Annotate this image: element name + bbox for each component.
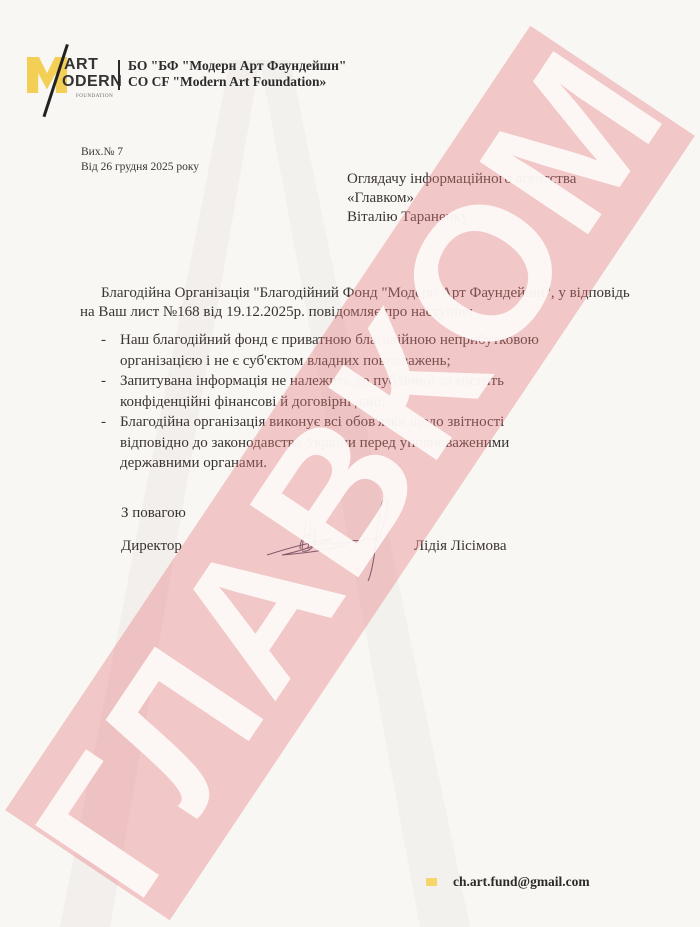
org-name-uk: БО "БФ "Модерн Арт Фаундейшн"	[128, 58, 346, 74]
statement-list: -Наш благодійний фонд є приватною благод…	[80, 330, 640, 474]
footer-contact: ch.art.fund@gmail.com	[426, 874, 590, 890]
letterhead-divider	[118, 60, 120, 90]
envelope-icon	[426, 878, 437, 886]
signer-position: Директор	[121, 538, 182, 555]
list-item: -Запитувана інформація не належить до пу…	[80, 371, 560, 412]
organization-names: БО "БФ "Модерн Арт Фаундейшн" CO CF "Mod…	[128, 58, 346, 90]
letter-page: ART ODERN FOUNDATION БО "БФ "Модерн Арт …	[0, 0, 700, 927]
document-date: Від 26 грудня 2025 року	[81, 160, 199, 175]
addressee-line-2: «Главком»	[347, 189, 576, 208]
dash-bullet: -	[101, 371, 106, 392]
letter-body: Благодійна Організація "Благодійний Фонд…	[80, 284, 640, 474]
list-item-text: Запитувана інформація не належить до пуб…	[120, 373, 504, 410]
contact-email[interactable]: ch.art.fund@gmail.com	[453, 874, 590, 890]
logo-word-foundation: FOUNDATION	[76, 94, 113, 99]
list-item-text: Наш благодійний фонд є приватною благоді…	[120, 332, 539, 369]
logo-word-modern: ODERN	[62, 73, 122, 91]
closing-regards: З повагою	[121, 505, 186, 522]
org-name-en: CO CF "Modern Art Foundation»	[128, 74, 346, 90]
logo-word-art: ART	[64, 56, 98, 74]
dash-bullet: -	[101, 330, 106, 351]
addressee-block: Оглядачу інформаційного агентства «Главк…	[347, 170, 576, 227]
list-item: -Благодійна організація виконує всі обов…	[80, 412, 560, 474]
dash-bullet: -	[101, 412, 106, 433]
addressee-line-3: Віталію Тараненку	[347, 208, 576, 227]
addressee-line-1: Оглядачу інформаційного агентства	[347, 170, 576, 189]
outgoing-number: Вих.№ 7	[81, 145, 199, 160]
foundation-logo: ART ODERN FOUNDATION	[24, 44, 119, 114]
handwritten-signature	[262, 497, 402, 582]
document-reference: Вих.№ 7 Від 26 грудня 2025 року	[81, 145, 199, 175]
list-item-text: Благодійна організація виконує всі обов'…	[120, 414, 509, 471]
list-item: -Наш благодійний фонд є приватною благод…	[80, 330, 560, 371]
signer-name: Лідія Лісімова	[414, 538, 507, 555]
intro-paragraph: Благодійна Організація "Благодійний Фонд…	[80, 284, 640, 322]
